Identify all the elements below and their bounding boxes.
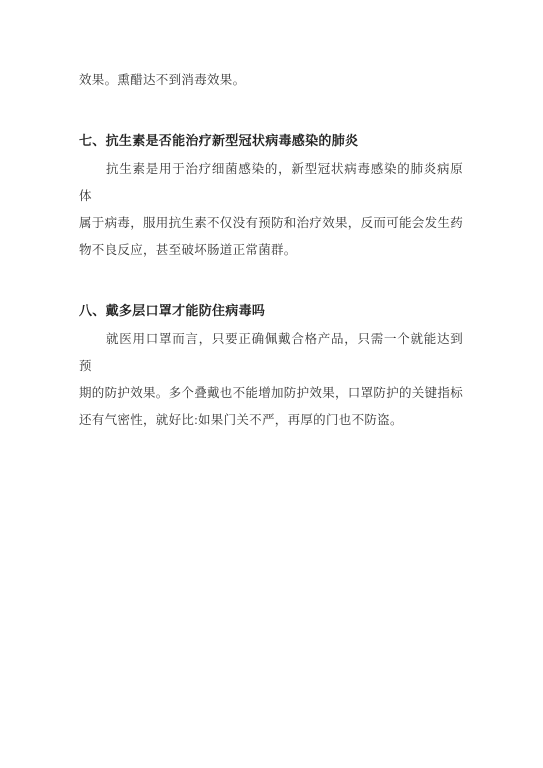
section-heading-7: 七、抗生素是否能治疗新型冠状病毒感染的肺炎 [79, 127, 463, 154]
paragraph-line: 期的防护效果。多个叠戴也不能增加防护效果，口罩防护的关键指标 [79, 380, 463, 407]
paragraph-tail-line: 效果。熏醋达不到消毒效果。 [79, 67, 463, 94]
section-8-paragraph: 就医用口罩而言，只要正确佩戴合格产品，只需一个就能达到预 期的防护效果。多个叠戴… [79, 326, 463, 434]
document-page: 效果。熏醋达不到消毒效果。 七、抗生素是否能治疗新型冠状病毒感染的肺炎 抗生素是… [0, 0, 543, 768]
section-heading-8: 八、戴多层口罩才能防住病毒吗 [79, 297, 463, 324]
document-content: 效果。熏醋达不到消毒效果。 七、抗生素是否能治疗新型冠状病毒感染的肺炎 抗生素是… [79, 67, 463, 434]
paragraph-line: 还有气密性，就好比:如果门关不严，再厚的门也不防盗。 [79, 407, 463, 434]
paragraph-line: 抗生素是用于治疗细菌感染的，新型冠状病毒感染的肺炎病原体 [79, 156, 463, 210]
paragraph-line: 物不良反应，甚至破坏肠道正常菌群。 [79, 237, 463, 264]
paragraph-line: 就医用口罩而言，只要正确佩戴合格产品，只需一个就能达到预 [79, 326, 463, 380]
section-7-paragraph: 抗生素是用于治疗细菌感染的，新型冠状病毒感染的肺炎病原体 属于病毒，服用抗生素不… [79, 156, 463, 264]
paragraph-line: 属于病毒，服用抗生素不仅没有预防和治疗效果，反而可能会发生药 [79, 210, 463, 237]
